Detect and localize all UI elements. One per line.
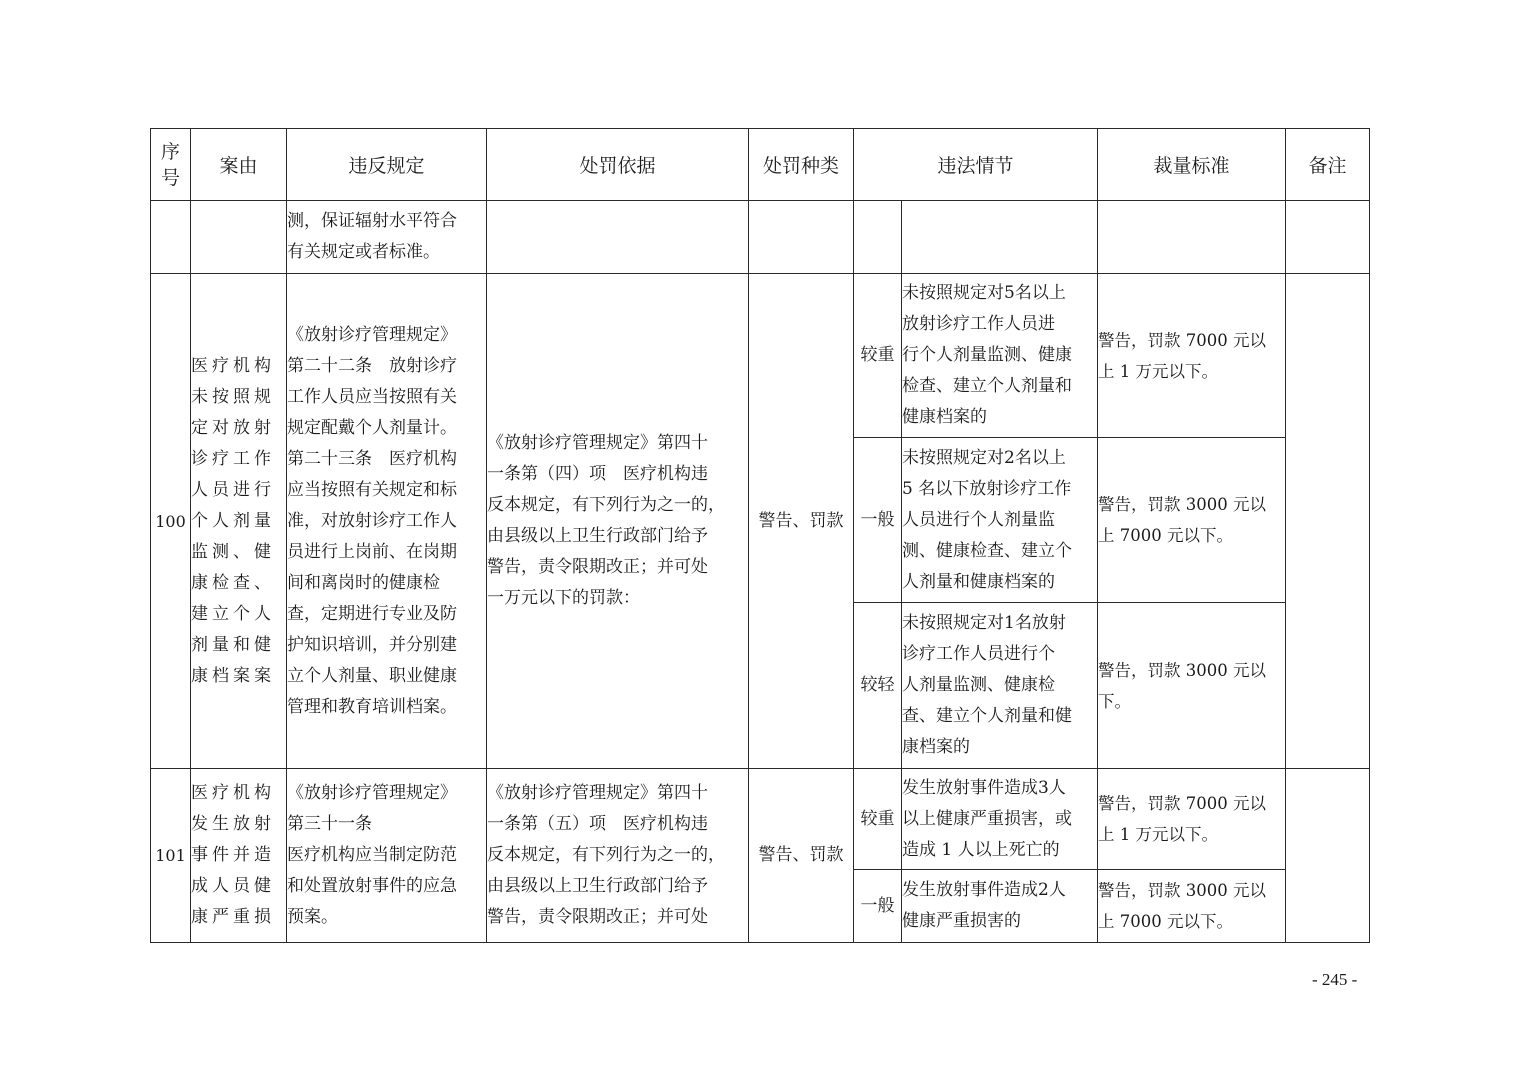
detail-text: 未按照规定对2名以上 5 名以下放射诊疗工作 人员进行个人剂量监 测、健康检查、…: [902, 448, 1072, 592]
cont-rule: 测，保证辐射水平符合 有关规定或者标准。: [287, 201, 487, 274]
row-type: 警告、罚款: [749, 769, 854, 943]
header-seq: 序 号: [151, 129, 191, 201]
row-basis-text: 《放射诊疗管理规定》第四十 一条第（四）项 医疗机构违 反本规定，有下列行为之一…: [487, 433, 725, 608]
level-cell: 一般: [854, 438, 902, 603]
table-row: 101 医疗机构 发生放射 事件并造 成人员健 康严重损 《放射诊疗管理规定》 …: [151, 769, 1370, 870]
row-remark: [1286, 769, 1370, 943]
standard-cell: 警告，罚款 3000 元以 上 7000 元以下。: [1098, 870, 1286, 943]
cont-level: [854, 201, 902, 274]
cont-rule-text: 测，保证辐射水平符合 有关规定或者标准。: [287, 211, 457, 262]
row-basis: 《放射诊疗管理规定》第四十 一条第（四）项 医疗机构违 反本规定，有下列行为之一…: [487, 274, 749, 769]
row-case-text: 医疗机构 发生放射 事件并造 成人员健 康严重损: [191, 783, 275, 927]
cont-remark: [1286, 201, 1370, 274]
page-number: - 245 -: [1312, 970, 1357, 990]
detail-cell: 未按照规定对5名以上 放射诊疗工作人员进 行个人剂量监测、健康 检查、建立个人剂…: [902, 274, 1098, 438]
standard-cell: 警告，罚款 7000 元以 上 1 万元以下。: [1098, 274, 1286, 438]
header-type: 处罚种类: [749, 129, 854, 201]
row-rule: 《放射诊疗管理规定》 第二十二条 放射诊疗 工作人员应当按照有关 规定配戴个人剂…: [287, 274, 487, 769]
penalty-discretion-table: 序 号 案由 违反规定 处罚依据 处罚种类 违法情节 裁量标准 备注 测，保证辐…: [150, 128, 1370, 943]
level-cell: 一般: [854, 870, 902, 943]
header-basis: 处罚依据: [487, 129, 749, 201]
header-remark: 备注: [1286, 129, 1370, 201]
row-rule-text: 《放射诊疗管理规定》 第二十二条 放射诊疗 工作人员应当按照有关 规定配戴个人剂…: [287, 325, 457, 717]
row-remark: [1286, 274, 1370, 769]
standard-text: 警告，罚款 3000 元以 上 7000 元以下。: [1098, 495, 1266, 545]
standard-cell: 警告，罚款 7000 元以 上 1 万元以下。: [1098, 769, 1286, 870]
header-rule: 违反规定: [287, 129, 487, 201]
row-seq: 100: [151, 274, 191, 769]
cont-detail: [902, 201, 1098, 274]
detail-text: 发生放射事件造成3人 以上健康严重损害，或 造成 1 人以上死亡的: [902, 778, 1072, 860]
row-basis-text: 《放射诊疗管理规定》第四十 一条第（五）项 医疗机构违 反本规定，有下列行为之一…: [487, 783, 725, 927]
header-case: 案由: [191, 129, 287, 201]
detail-cell: 发生放射事件造成2人 健康严重损害的: [902, 870, 1098, 943]
row-basis: 《放射诊疗管理规定》第四十 一条第（五）项 医疗机构违 反本规定，有下列行为之一…: [487, 769, 749, 943]
row-type: 警告、罚款: [749, 274, 854, 769]
level-cell: 较重: [854, 274, 902, 438]
standard-cell: 警告，罚款 3000 元以 上 7000 元以下。: [1098, 438, 1286, 603]
cont-standard: [1098, 201, 1286, 274]
standard-text: 警告，罚款 3000 元以 下。: [1098, 661, 1266, 711]
level-cell: 较轻: [854, 603, 902, 769]
header-standard: 裁量标准: [1098, 129, 1286, 201]
cont-type: [749, 201, 854, 274]
row-case-text: 医疗机构 未按照规 定对放射 诊疗工作 人员进行 个人剂量 监测、健 康检查、 …: [191, 356, 275, 686]
header-seq-label: 序 号: [161, 141, 180, 189]
detail-text: 未按照规定对1名放射 诊疗工作人员进行个 人剂量监测、健康检 查、建立个人剂量和…: [902, 613, 1072, 757]
header-circumstance: 违法情节: [854, 129, 1098, 201]
detail-text: 发生放射事件造成2人 健康严重损害的: [902, 880, 1066, 931]
detail-cell: 发生放射事件造成3人 以上健康严重损害，或 造成 1 人以上死亡的: [902, 769, 1098, 870]
row-case: 医疗机构 未按照规 定对放射 诊疗工作 人员进行 个人剂量 监测、健 康检查、 …: [191, 274, 287, 769]
standard-text: 警告，罚款 3000 元以 上 7000 元以下。: [1098, 881, 1266, 931]
row-rule: 《放射诊疗管理规定》 第三十一条 医疗机构应当制定防范 和处置放射事件的应急 预…: [287, 769, 487, 943]
cont-basis: [487, 201, 749, 274]
header-row: 序 号 案由 违反规定 处罚依据 处罚种类 违法情节 裁量标准 备注: [151, 129, 1370, 201]
row-seq: 101: [151, 769, 191, 943]
standard-text: 警告，罚款 7000 元以 上 1 万元以下。: [1098, 331, 1266, 381]
level-cell: 较重: [854, 769, 902, 870]
standard-text: 警告，罚款 7000 元以 上 1 万元以下。: [1098, 794, 1266, 844]
table-row: 100 医疗机构 未按照规 定对放射 诊疗工作 人员进行 个人剂量 监测、健 康…: [151, 274, 1370, 438]
continuation-row: 测，保证辐射水平符合 有关规定或者标准。: [151, 201, 1370, 274]
cont-case: [191, 201, 287, 274]
standard-cell: 警告，罚款 3000 元以 下。: [1098, 603, 1286, 769]
row-case: 医疗机构 发生放射 事件并造 成人员健 康严重损: [191, 769, 287, 943]
detail-text: 未按照规定对5名以上 放射诊疗工作人员进 行个人剂量监测、健康 检查、建立个人剂…: [902, 283, 1072, 427]
detail-cell: 未按照规定对1名放射 诊疗工作人员进行个 人剂量监测、健康检 查、建立个人剂量和…: [902, 603, 1098, 769]
cont-seq: [151, 201, 191, 274]
detail-cell: 未按照规定对2名以上 5 名以下放射诊疗工作 人员进行个人剂量监 测、健康检查、…: [902, 438, 1098, 603]
row-rule-text: 《放射诊疗管理规定》 第三十一条 医疗机构应当制定防范 和处置放射事件的应急 预…: [287, 783, 457, 927]
